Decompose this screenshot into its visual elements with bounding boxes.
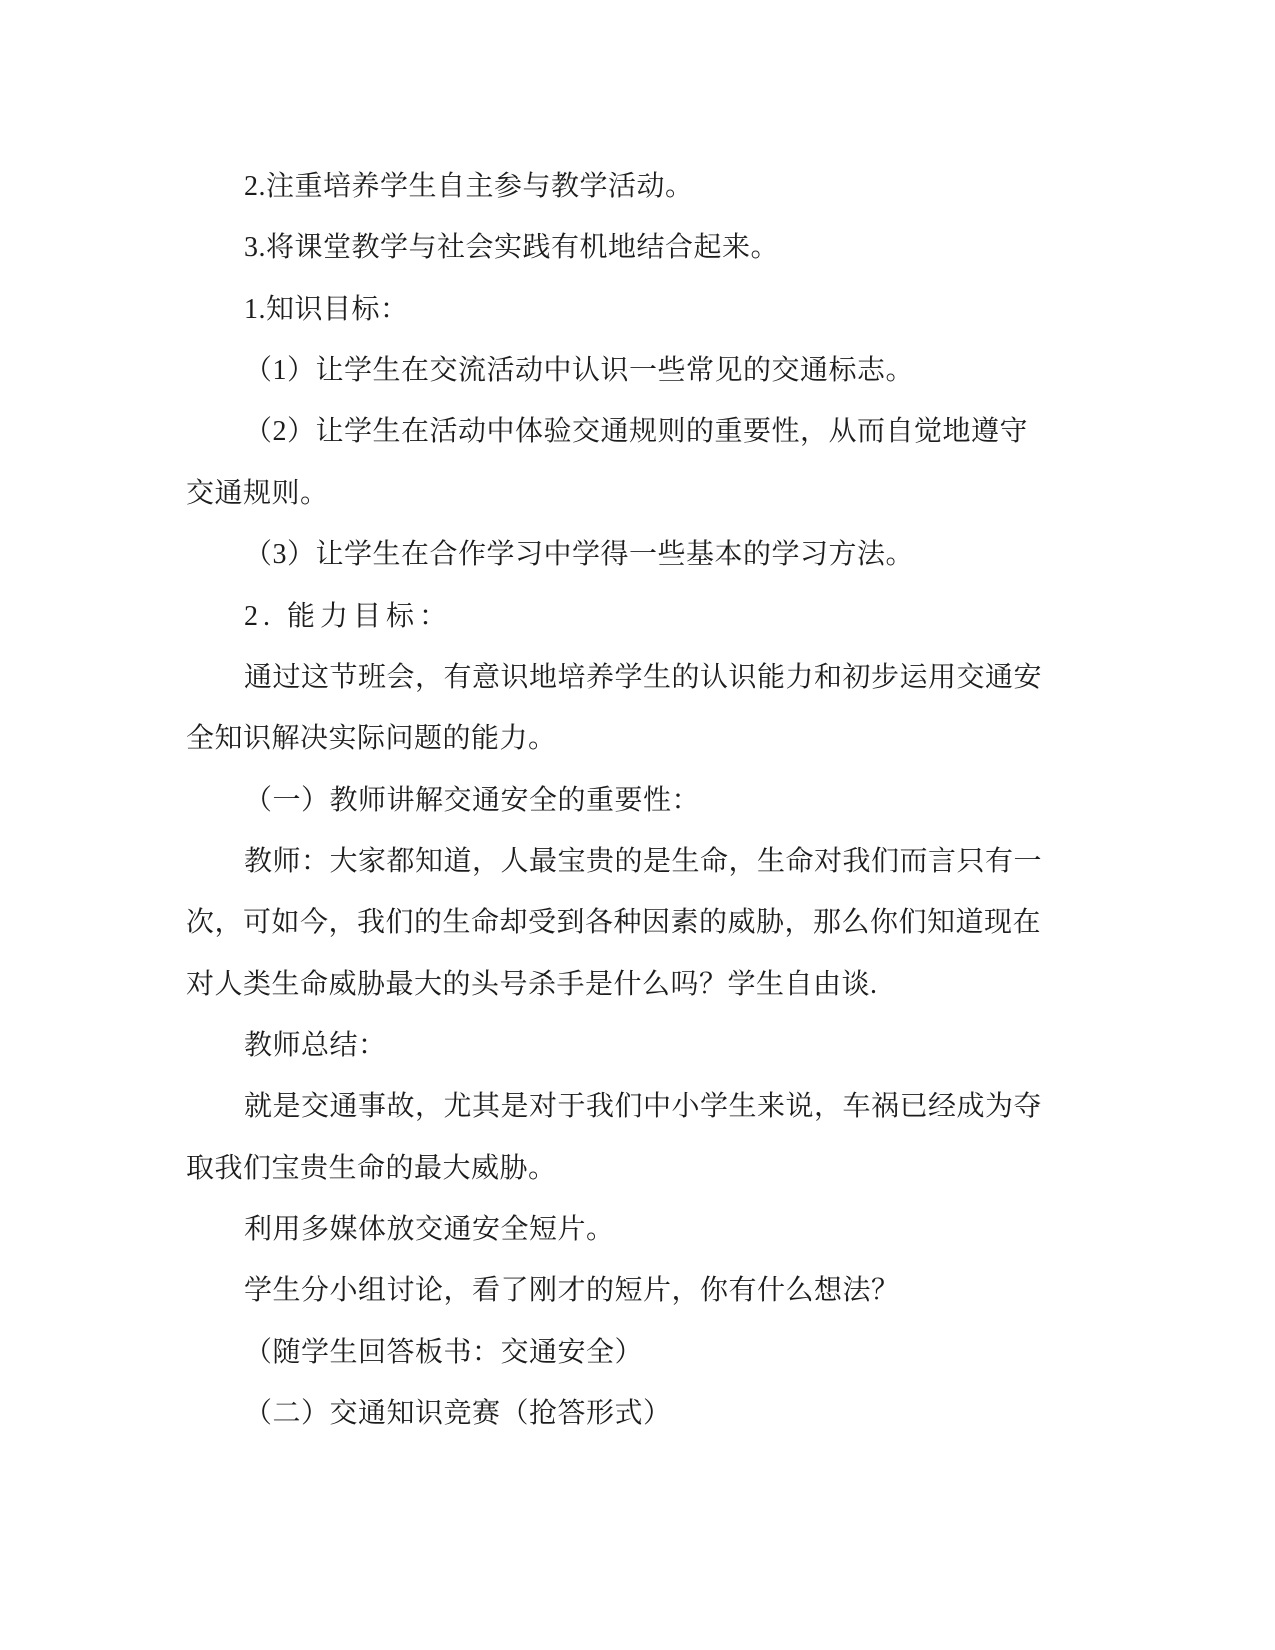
text-line: 全知识解决实际问题的能力。	[186, 708, 1058, 769]
text-line: 2. 能力目标：	[186, 586, 1058, 647]
text-line: 对人类生命威胁最大的头号杀手是什么吗？学生自由谈.	[186, 954, 1058, 1015]
text-line: （3）让学生在合作学习中学得一些基本的学习方法。	[186, 524, 1058, 585]
text-line: 学生分小组讨论，看了刚才的短片，你有什么想法？	[186, 1260, 1058, 1321]
text-line: （2）让学生在活动中体验交通规则的重要性，从而自觉地遵守	[186, 401, 1058, 462]
text-line: 次，可如今，我们的生命却受到各种因素的威胁，那么你们知道现在	[186, 892, 1058, 953]
text-line: （一）教师讲解交通安全的重要性：	[186, 770, 1058, 831]
text-line: 2.注重培养学生自主参与教学活动。	[186, 156, 1058, 217]
document-lines: 2.注重培养学生自主参与教学活动。3.将课堂教学与社会实践有机地结合起来。1.知…	[186, 156, 1058, 1445]
text-line: （二）交通知识竞赛（抢答形式）	[186, 1383, 1058, 1444]
text-line: 3.将课堂教学与社会实践有机地结合起来。	[186, 217, 1058, 278]
text-line: 利用多媒体放交通安全短片。	[186, 1199, 1058, 1260]
text-line: 1.知识目标：	[186, 279, 1058, 340]
text-line: （1）让学生在交流活动中认识一些常见的交通标志。	[186, 340, 1058, 401]
text-line: 就是交通事故，尤其是对于我们中小学生来说，车祸已经成为夺	[186, 1076, 1058, 1137]
document-page: 2.注重培养学生自主参与教学活动。3.将课堂教学与社会实践有机地结合起来。1.知…	[0, 0, 1275, 1650]
text-line: 教师总结：	[186, 1015, 1058, 1076]
text-line: 通过这节班会，有意识地培养学生的认识能力和初步运用交通安	[186, 647, 1058, 708]
text-line: 教师：大家都知道，人最宝贵的是生命，生命对我们而言只有一	[186, 831, 1058, 892]
text-line: （随学生回答板书：交通安全）	[186, 1322, 1058, 1383]
text-line: 交通规则。	[186, 463, 1058, 524]
text-line: 取我们宝贵生命的最大威胁。	[186, 1138, 1058, 1199]
